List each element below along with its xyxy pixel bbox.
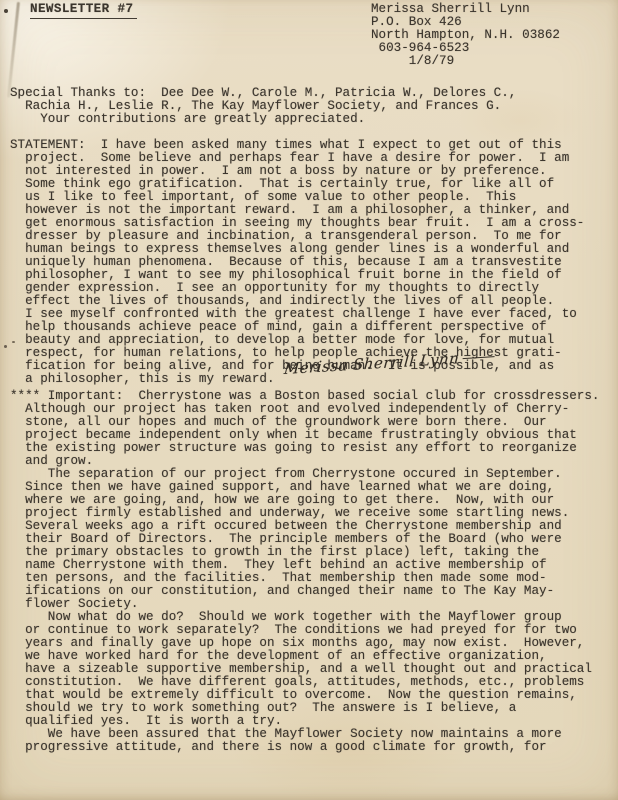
paper-fold-crease (7, 2, 20, 98)
paper-speck (4, 345, 7, 348)
statement-paragraph: STATEMENT: I have been asked many times … (10, 139, 584, 386)
sender-address-block: Merissa Sherrill Lynn P.O. Box 426 North… (371, 3, 560, 68)
paper-speck (4, 9, 8, 13)
newsletter-title: NEWSLETTER #7 (30, 3, 137, 19)
special-thanks-paragraph: Special Thanks to: Dee Dee W., Carole M.… (10, 87, 516, 126)
important-paragraph: **** Important: Cherrystone was a Boston… (10, 390, 599, 754)
scanned-newsletter-page: NEWSLETTER #7 Merissa Sherrill Lynn P.O.… (0, 0, 618, 800)
